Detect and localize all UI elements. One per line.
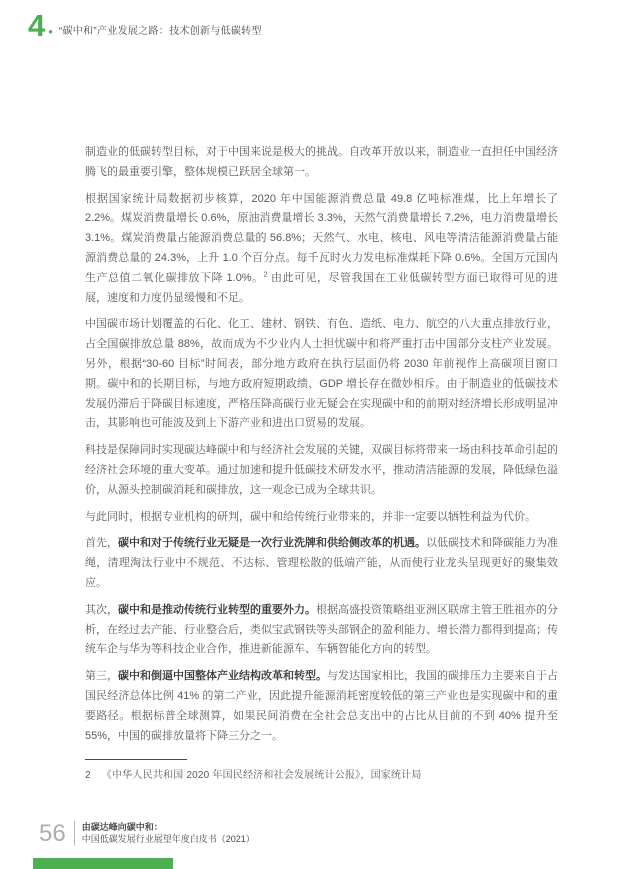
footer-divider xyxy=(74,821,75,846)
paragraph: 中国碳市场计划覆盖的石化、化工、建材、钢铁、有色、造纸、电力、航空的八大重点排放… xyxy=(85,315,558,434)
paragraph: 制造业的低碳转型目标，对于中国来说是极大的挑战。自改革开放以来，制造业一直担任中… xyxy=(85,143,558,183)
emphasis-text: 碳中和倒逼中国整体产业结构改革和转型。 xyxy=(118,670,327,682)
paragraph: 第三，碳中和倒逼中国整体产业结构改革和转型。与发达国家相比，我国的碳排压力主要来… xyxy=(85,667,558,746)
chapter-header: 4 • “碳中和”产业发展之路：技术创新与低碳转型 xyxy=(28,10,262,41)
text-segment: 其次， xyxy=(85,604,118,616)
page-number: 56 xyxy=(39,822,66,846)
footer-accent-bar xyxy=(33,858,173,869)
text-segment: 中国碳市场计划覆盖的石化、化工、建材、钢铁、有色、造纸、电力、航空的八大重点排放… xyxy=(85,318,558,429)
footnote: 2《中华人民共和国 2020 年国民经济和社会发展统计公报》，国家统计局 xyxy=(85,759,558,781)
chapter-number: 4 xyxy=(28,10,44,41)
page-footer: 56 由碳达峰向碳中和： 中国低碳发展行业展望年度白皮书（2021） xyxy=(39,821,255,846)
text-segment: 根据国家统计局数据初步核算，2020 年中国能源消费总量 49.8 亿吨标准煤，… xyxy=(85,193,558,284)
body-paragraphs: 制造业的低碳转型目标，对于中国来说是极大的挑战。自改革开放以来，制造业一直担任中… xyxy=(85,143,558,753)
bullet-icon: • xyxy=(48,25,53,38)
doc-title-line1: 由碳达峰向碳中和： xyxy=(82,822,255,834)
paragraph: 科技是保障同时实现碳达峰碳中和与经济社会发展的关键，双碳目标将带来一场由科技革命… xyxy=(85,441,558,500)
doc-title-line2: 中国低碳发展行业展望年度白皮书（2021） xyxy=(82,834,255,846)
text-segment: 制造业的低碳转型目标，对于中国来说是极大的挑战。自改革开放以来，制造业一直担任中… xyxy=(85,146,558,178)
text-segment: 首先， xyxy=(85,537,118,549)
footnote-text: 2《中华人民共和国 2020 年国民经济和社会发展统计公报》，国家统计局 xyxy=(85,766,558,781)
document-page: 4 • “碳中和”产业发展之路：技术创新与低碳转型 制造业的低碳转型目标，对于中… xyxy=(0,0,640,869)
paragraph: 其次，碳中和是推动传统行业转型的重要外力。根据高盛投资策略组亚洲区联席主管王胜祖… xyxy=(85,601,558,660)
paragraph: 根据国家统计局数据初步核算，2020 年中国能源消费总量 49.8 亿吨标准煤，… xyxy=(85,190,558,309)
chapter-title: “碳中和”产业发展之路：技术创新与低碳转型 xyxy=(59,27,262,37)
emphasis-text: 碳中和对于传统行业无疑是一次行业洗牌和供给侧改革的机遇。 xyxy=(118,537,426,549)
paragraph: 与此同时，根据专业机构的研判，碳中和给传统行业带来的，并非一定要以牺牲利益为代价… xyxy=(85,508,558,528)
footnote-reference: 《中华人民共和国 2020 年国民经济和社会发展统计公报》，国家统计局 xyxy=(102,770,422,781)
footnote-divider xyxy=(85,759,187,760)
emphasis-text: 碳中和是推动传统行业转型的重要外力。 xyxy=(118,604,316,616)
footnote-number: 2 xyxy=(85,770,91,781)
text-segment: 第三， xyxy=(85,670,118,682)
paragraph: 首先，碳中和对于传统行业无疑是一次行业洗牌和供给侧改革的机遇。以低碳技术和降碳能… xyxy=(85,534,558,593)
doc-title: 由碳达峰向碳中和： 中国低碳发展行业展望年度白皮书（2021） xyxy=(82,822,255,845)
text-segment: 与此同时，根据专业机构的研判，碳中和给传统行业带来的，并非一定要以牺牲利益为代价… xyxy=(85,511,536,523)
text-segment: 科技是保障同时实现碳达峰碳中和与经济社会发展的关键，双碳目标将带来一场由科技革命… xyxy=(85,444,558,496)
